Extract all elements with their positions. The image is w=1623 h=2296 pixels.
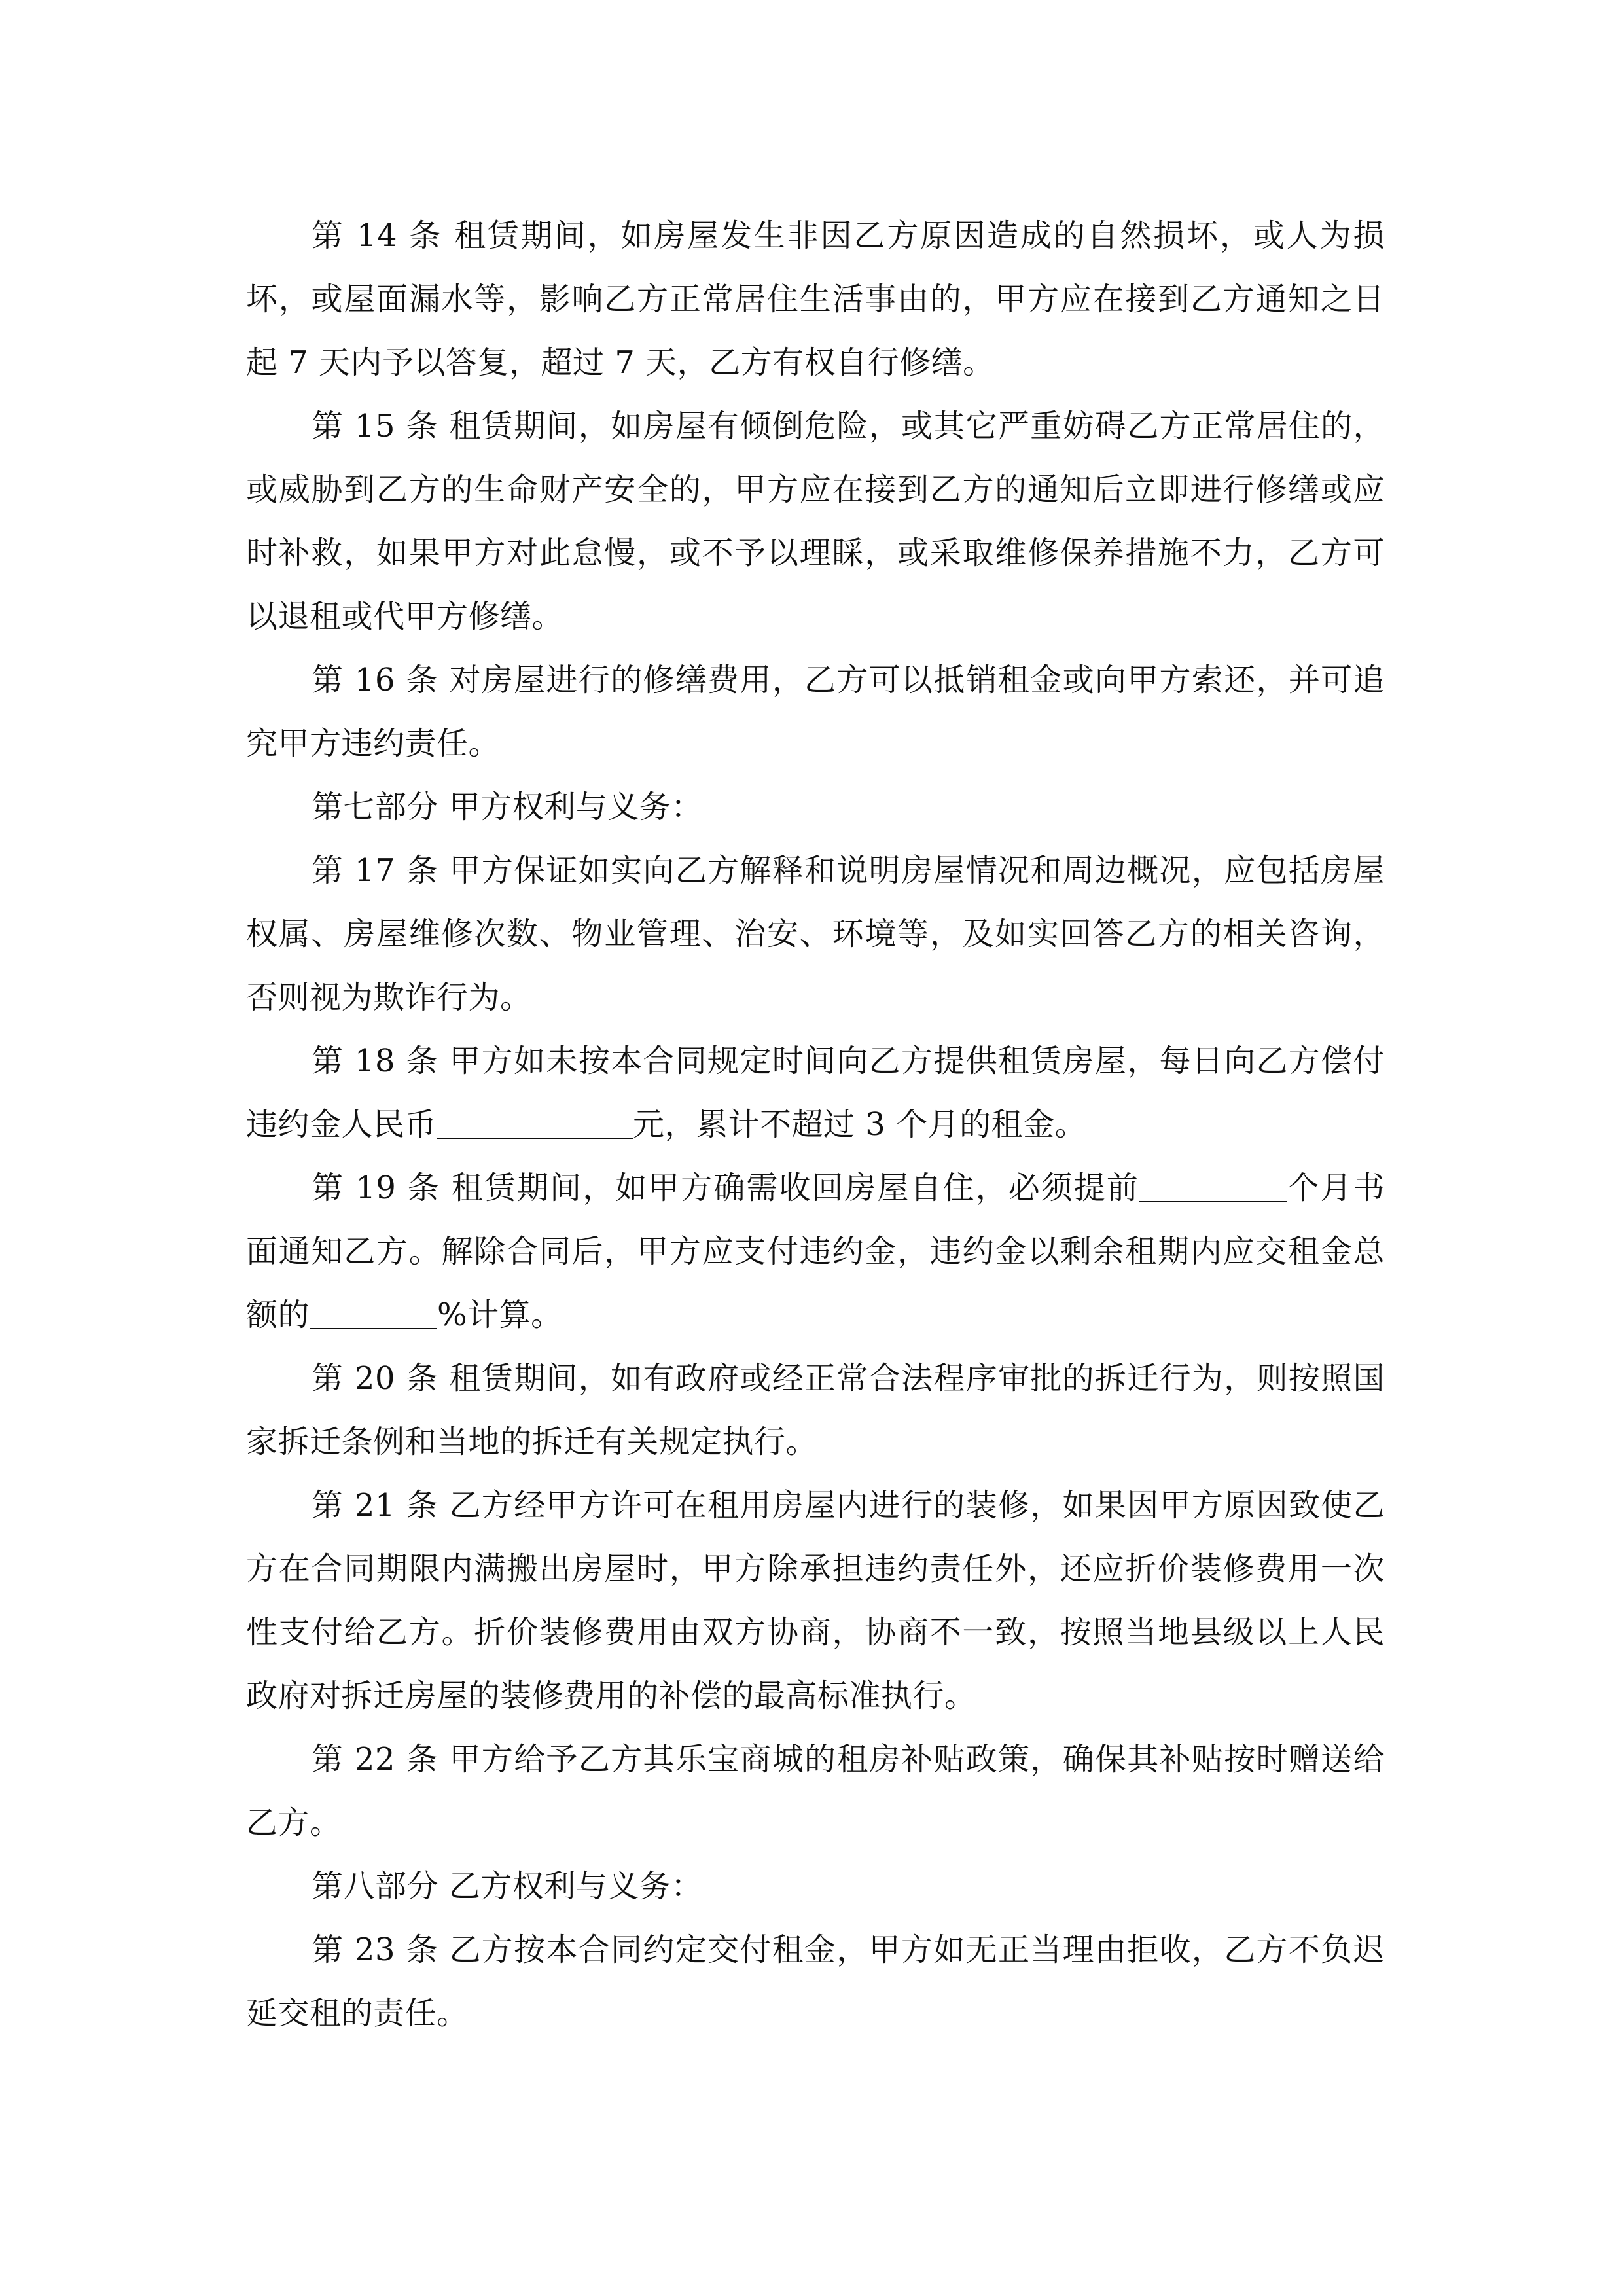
article-17: 第 17 条 甲方保证如实向乙方解释和说明房屋情况和周边概况，应包括房屋权属、房…	[246, 839, 1385, 1030]
article-16: 第 16 条 对房屋进行的修缮费用，乙方可以抵销租金或向甲方索还，并可追究甲方违…	[246, 649, 1385, 776]
article-22: 第 22 条 甲方给予乙方其乐宝商城的租房补贴政策，确保其补贴按时赠送给乙方。	[246, 1728, 1385, 1855]
article-19-text-after: %计算。	[437, 1297, 563, 1333]
article-20: 第 20 条 租赁期间，如有政府或经正常合法程序审批的拆迁行为，则按照国家拆迁条…	[246, 1347, 1385, 1474]
section-heading-part-7: 第七部分 甲方权利与义务：	[246, 776, 1385, 839]
penalty-amount-blank[interactable]	[437, 1106, 633, 1139]
article-14: 第 14 条 租赁期间，如房屋发生非因乙方原因造成的自然损坏，或人为损坏，或屋面…	[246, 204, 1385, 395]
section-heading-part-8: 第八部分 乙方权利与义务：	[246, 1855, 1385, 1918]
penalty-percent-blank[interactable]	[310, 1297, 437, 1329]
article-18: 第 18 条 甲方如未按本合同规定时间向乙方提供租赁房屋，每日向乙方偿付违约金人…	[246, 1030, 1385, 1157]
article-19: 第 19 条 租赁期间，如甲方确需收回房屋自住，必须提前个月书面通知乙方。解除合…	[246, 1157, 1385, 1347]
article-18-text-after: 元，累计不超过 3 个月的租金。	[633, 1106, 1086, 1143]
notice-months-blank[interactable]	[1139, 1170, 1287, 1202]
article-15: 第 15 条 租赁期间，如房屋有倾倒危险，或其它严重妨碍乙方正常居住的，或威胁到…	[246, 395, 1385, 649]
article-21: 第 21 条 乙方经甲方许可在租用房屋内进行的装修，如果因甲方原因致使乙方在合同…	[246, 1474, 1385, 1728]
article-23: 第 23 条 乙方按本合同约定交付租金，甲方如无正当理由拒收，乙方不负迟延交租的…	[246, 1918, 1385, 2045]
document-page: 第 14 条 租赁期间，如房屋发生非因乙方原因造成的自然损坏，或人为损坏，或屋面…	[246, 204, 1385, 2045]
article-19-text-before: 第 19 条 租赁期间，如甲方确需收回房屋自住，必须提前	[312, 1170, 1139, 1206]
